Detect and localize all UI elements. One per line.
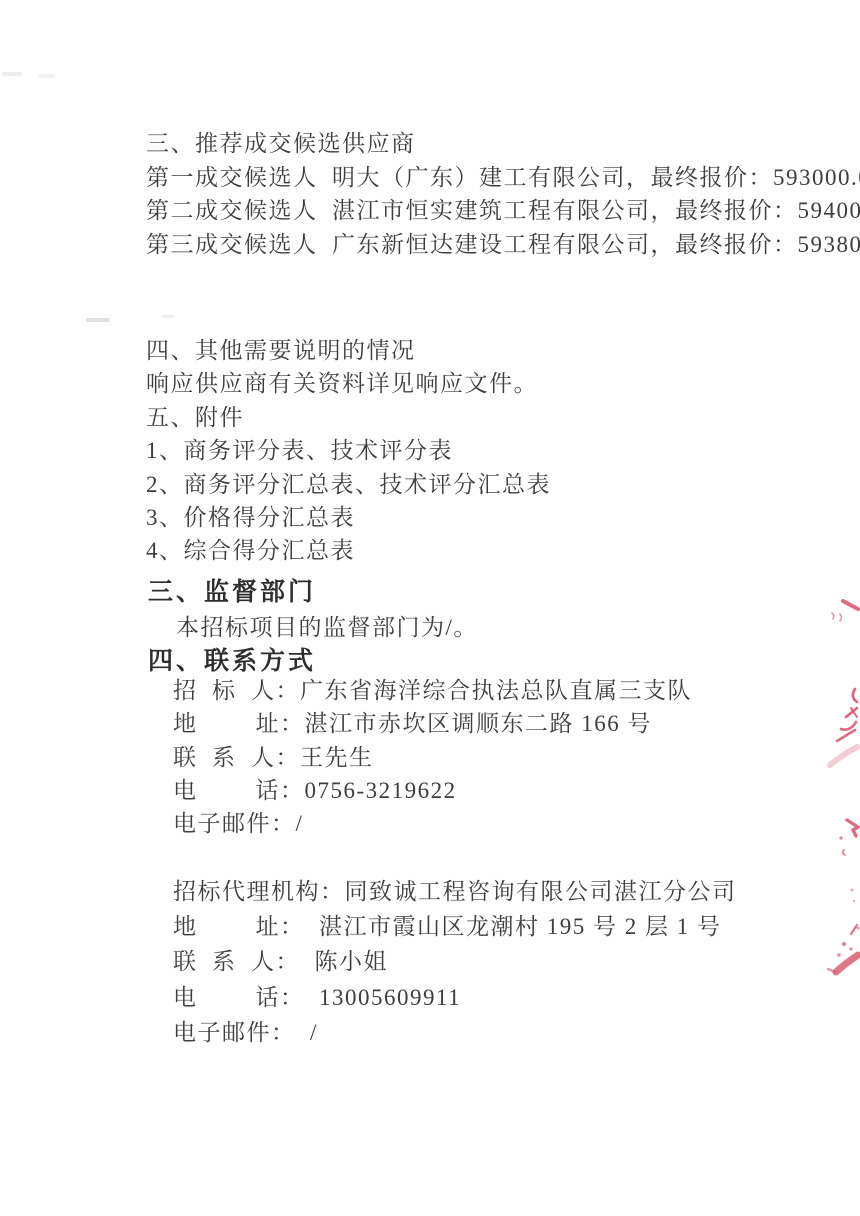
contact-label: 电子邮件：	[173, 811, 296, 836]
agency-contact-block: 招标代理机构：同致诚工程咨询有限公司湛江分公司 地 址： 湛江市霞山区龙潮村 1…	[173, 874, 737, 1050]
contact-value: 湛江市赤坎区调顺东二路 166 号	[305, 711, 653, 736]
contact-row: 招标代理机构：同致诚工程咨询有限公司湛江分公司	[173, 874, 737, 909]
attachment-item: 4、综合得分汇总表	[146, 534, 551, 567]
contact-value: 广东省海洋综合执法总队直属三支队	[300, 678, 692, 703]
contact-row: 电 话：0756-3219622	[173, 774, 692, 807]
scan-smudge	[86, 318, 110, 322]
candidate-line: 第三成交候选人 广东新恒达建设工程有限公司，最终报价：593800.00	[146, 228, 860, 262]
contact-heading: 四、联系方式	[148, 641, 316, 677]
section-candidates: 三、推荐成交候选供应商 第一成交候选人 明大（广东）建工有限公司，最终报价：59…	[146, 127, 860, 261]
contact-value: 王先生	[300, 745, 374, 770]
section-heading: 四、其他需要说明的情况	[146, 334, 551, 367]
supervision-heading: 三、监督部门	[148, 572, 316, 608]
scan-smudge	[2, 72, 22, 76]
contact-value: 13005609911	[319, 985, 461, 1010]
section-heading: 五、附件	[146, 401, 551, 434]
contact-value: 陈小姐	[315, 949, 389, 974]
red-ink-strokes	[828, 601, 858, 972]
contact-row: 电子邮件： /	[173, 1015, 737, 1050]
section-heading: 三、推荐成交候选供应商	[146, 127, 860, 161]
attachment-item: 3、价格得分汇总表	[146, 501, 551, 534]
contact-label: 招 标 人：	[173, 678, 300, 703]
tenderer-contact-block: 招 标 人：广东省海洋综合执法总队直属三支队 地 址：湛江市赤坎区调顺东二路 1…	[173, 674, 692, 840]
contact-row: 联 系 人：王先生	[173, 741, 692, 774]
contact-value: /	[310, 1020, 318, 1045]
contact-value: 同致诚工程咨询有限公司湛江分公司	[345, 879, 737, 904]
scan-smudge	[162, 315, 174, 318]
contact-value: 湛江市霞山区龙潮村 195 号 2 层 1 号	[319, 914, 722, 939]
contact-label: 地 址：	[173, 711, 305, 736]
candidate-line: 第二成交候选人 湛江市恒实建筑工程有限公司，最终报价：594000.00	[146, 194, 860, 228]
supervision-body: 本招标项目的监督部门为/。	[176, 609, 478, 642]
scan-smudge	[38, 74, 55, 78]
red-ink-dots	[837, 836, 859, 956]
red-ink-marks	[824, 588, 860, 980]
attachment-item: 2、商务评分汇总表、技术评分汇总表	[146, 468, 551, 501]
section-other-and-attachments: 四、其他需要说明的情况 响应供应商有关资料详见响应文件。 五、附件 1、商务评分…	[146, 334, 551, 568]
contact-row: 电 话： 13005609911	[173, 980, 737, 1015]
contact-value: /	[296, 811, 304, 836]
contact-label: 地 址：	[173, 914, 319, 939]
contact-value: 0756-3219622	[305, 778, 457, 803]
body-text: 响应供应商有关资料详见响应文件。	[146, 367, 551, 400]
contact-row: 招 标 人：广东省海洋综合执法总队直属三支队	[173, 674, 692, 707]
contact-label: 招标代理机构：	[173, 879, 345, 904]
document-page: 三、推荐成交候选供应商 第一成交候选人 明大（广东）建工有限公司，最终报价：59…	[0, 0, 860, 1216]
contact-row: 联 系 人： 陈小姐	[173, 944, 737, 979]
contact-label: 电子邮件：	[173, 1020, 310, 1045]
contact-label: 电 话：	[173, 778, 305, 803]
candidate-line: 第一成交候选人 明大（广东）建工有限公司，最终报价：593000.00	[146, 161, 860, 195]
contact-row: 电子邮件：/	[173, 807, 692, 840]
contact-label: 电 话：	[173, 985, 319, 1010]
attachment-item: 1、商务评分表、技术评分表	[146, 434, 551, 467]
contact-label: 联 系 人：	[173, 745, 300, 770]
contact-row: 地 址：湛江市赤坎区调顺东二路 166 号	[173, 707, 692, 740]
contact-row: 地 址： 湛江市霞山区龙潮村 195 号 2 层 1 号	[173, 909, 737, 944]
contact-label: 联 系 人：	[173, 949, 315, 974]
